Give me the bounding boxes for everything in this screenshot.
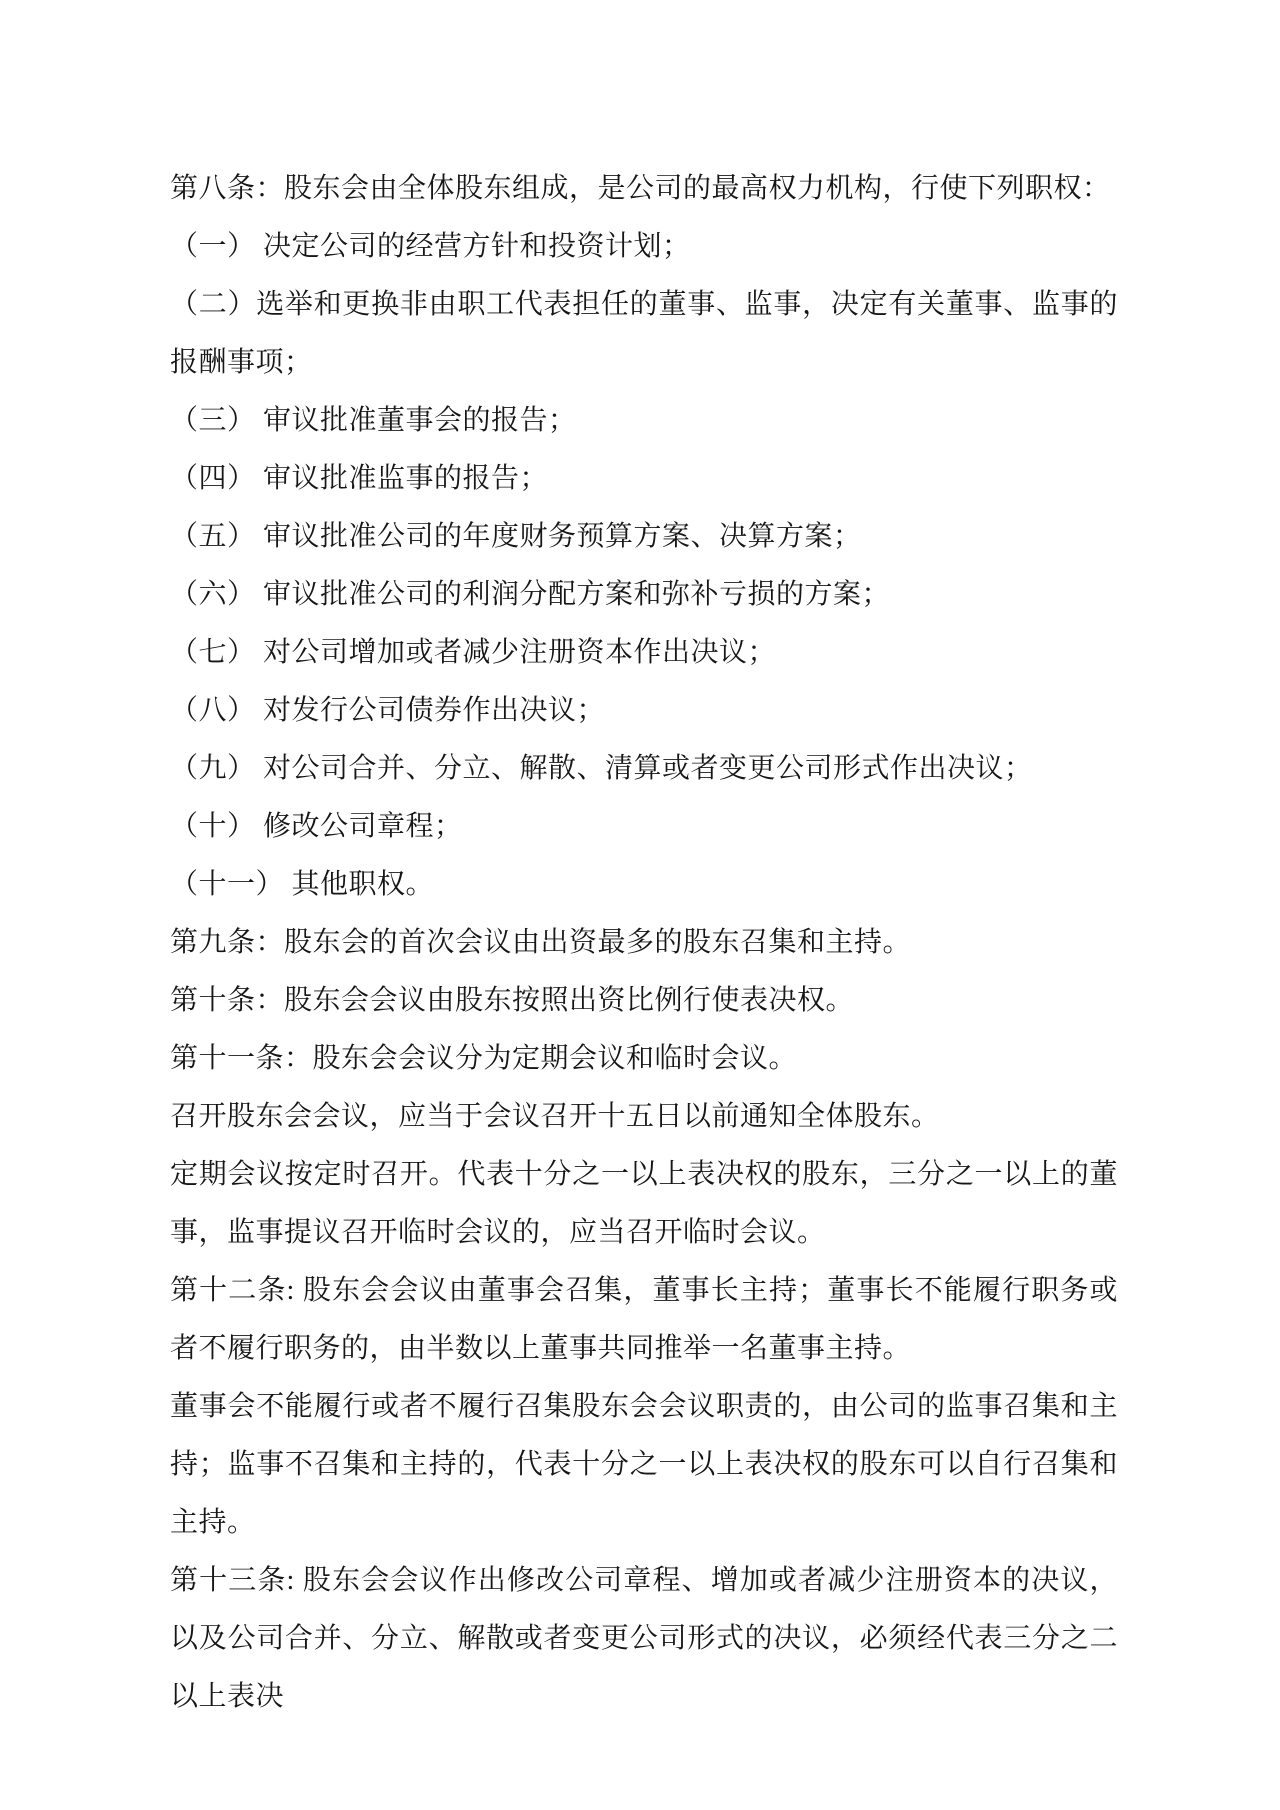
paragraph-item-9: （九） 对公司合并、分立、解散、清算或者变更公司形式作出决议； xyxy=(170,740,1118,798)
paragraph-item-6: （六） 审议批准公司的利润分配方案和弥补亏损的方案； xyxy=(170,566,1118,624)
paragraph-item-2: （二）选举和更换非由职工代表担任的董事、监事，决定有关董事、监事的报酬事项； xyxy=(170,276,1118,392)
paragraph-item-7: （七） 对公司增加或者减少注册资本作出决议； xyxy=(170,624,1118,682)
document-page: 第八条：股东会由全体股东组成，是公司的最高权力机构，行使下列职权： （一） 决定… xyxy=(0,0,1280,1810)
paragraph-article-11: 第十一条：股东会会议分为定期会议和临时会议。 xyxy=(170,1030,1118,1088)
paragraph-item-5: （五） 审议批准公司的年度财务预算方案、决算方案； xyxy=(170,508,1118,566)
paragraph-item-4: （四） 审议批准监事的报告； xyxy=(170,450,1118,508)
paragraph-item-10: （十） 修改公司章程； xyxy=(170,798,1118,856)
paragraph-item-8: （八） 对发行公司债券作出决议； xyxy=(170,682,1118,740)
paragraph-item-1: （一） 决定公司的经营方针和投资计划； xyxy=(170,218,1118,276)
paragraph-article-11-notice: 召开股东会会议，应当于会议召开十五日以前通知全体股东。 xyxy=(170,1088,1118,1146)
paragraph-article-8-intro: 第八条：股东会由全体股东组成，是公司的最高权力机构，行使下列职权： xyxy=(170,160,1118,218)
paragraph-article-12-fallback: 董事会不能履行或者不履行召集股东会会议职责的，由公司的监事召集和主持；监事不召集… xyxy=(170,1378,1118,1552)
paragraph-article-12: 第十二条: 股东会会议由董事会召集，董事长主持；董事长不能履行职务或者不履行职务… xyxy=(170,1262,1118,1378)
paragraph-article-9: 第九条：股东会的首次会议由出资最多的股东召集和主持。 xyxy=(170,914,1118,972)
paragraph-article-10: 第十条：股东会会议由股东按照出资比例行使表决权。 xyxy=(170,972,1118,1030)
document-body: 第八条：股东会由全体股东组成，是公司的最高权力机构，行使下列职权： （一） 决定… xyxy=(170,160,1118,1726)
paragraph-item-3: （三） 审议批准董事会的报告； xyxy=(170,392,1118,450)
paragraph-article-11-regular-meeting: 定期会议按定时召开。代表十分之一以上表决权的股东，三分之一以上的董事，监事提议召… xyxy=(170,1146,1118,1262)
paragraph-item-11: （十一） 其他职权。 xyxy=(170,856,1118,914)
paragraph-article-13: 第十三条: 股东会会议作出修改公司章程、增加或者减少注册资本的决议，以及公司合并… xyxy=(170,1552,1118,1726)
